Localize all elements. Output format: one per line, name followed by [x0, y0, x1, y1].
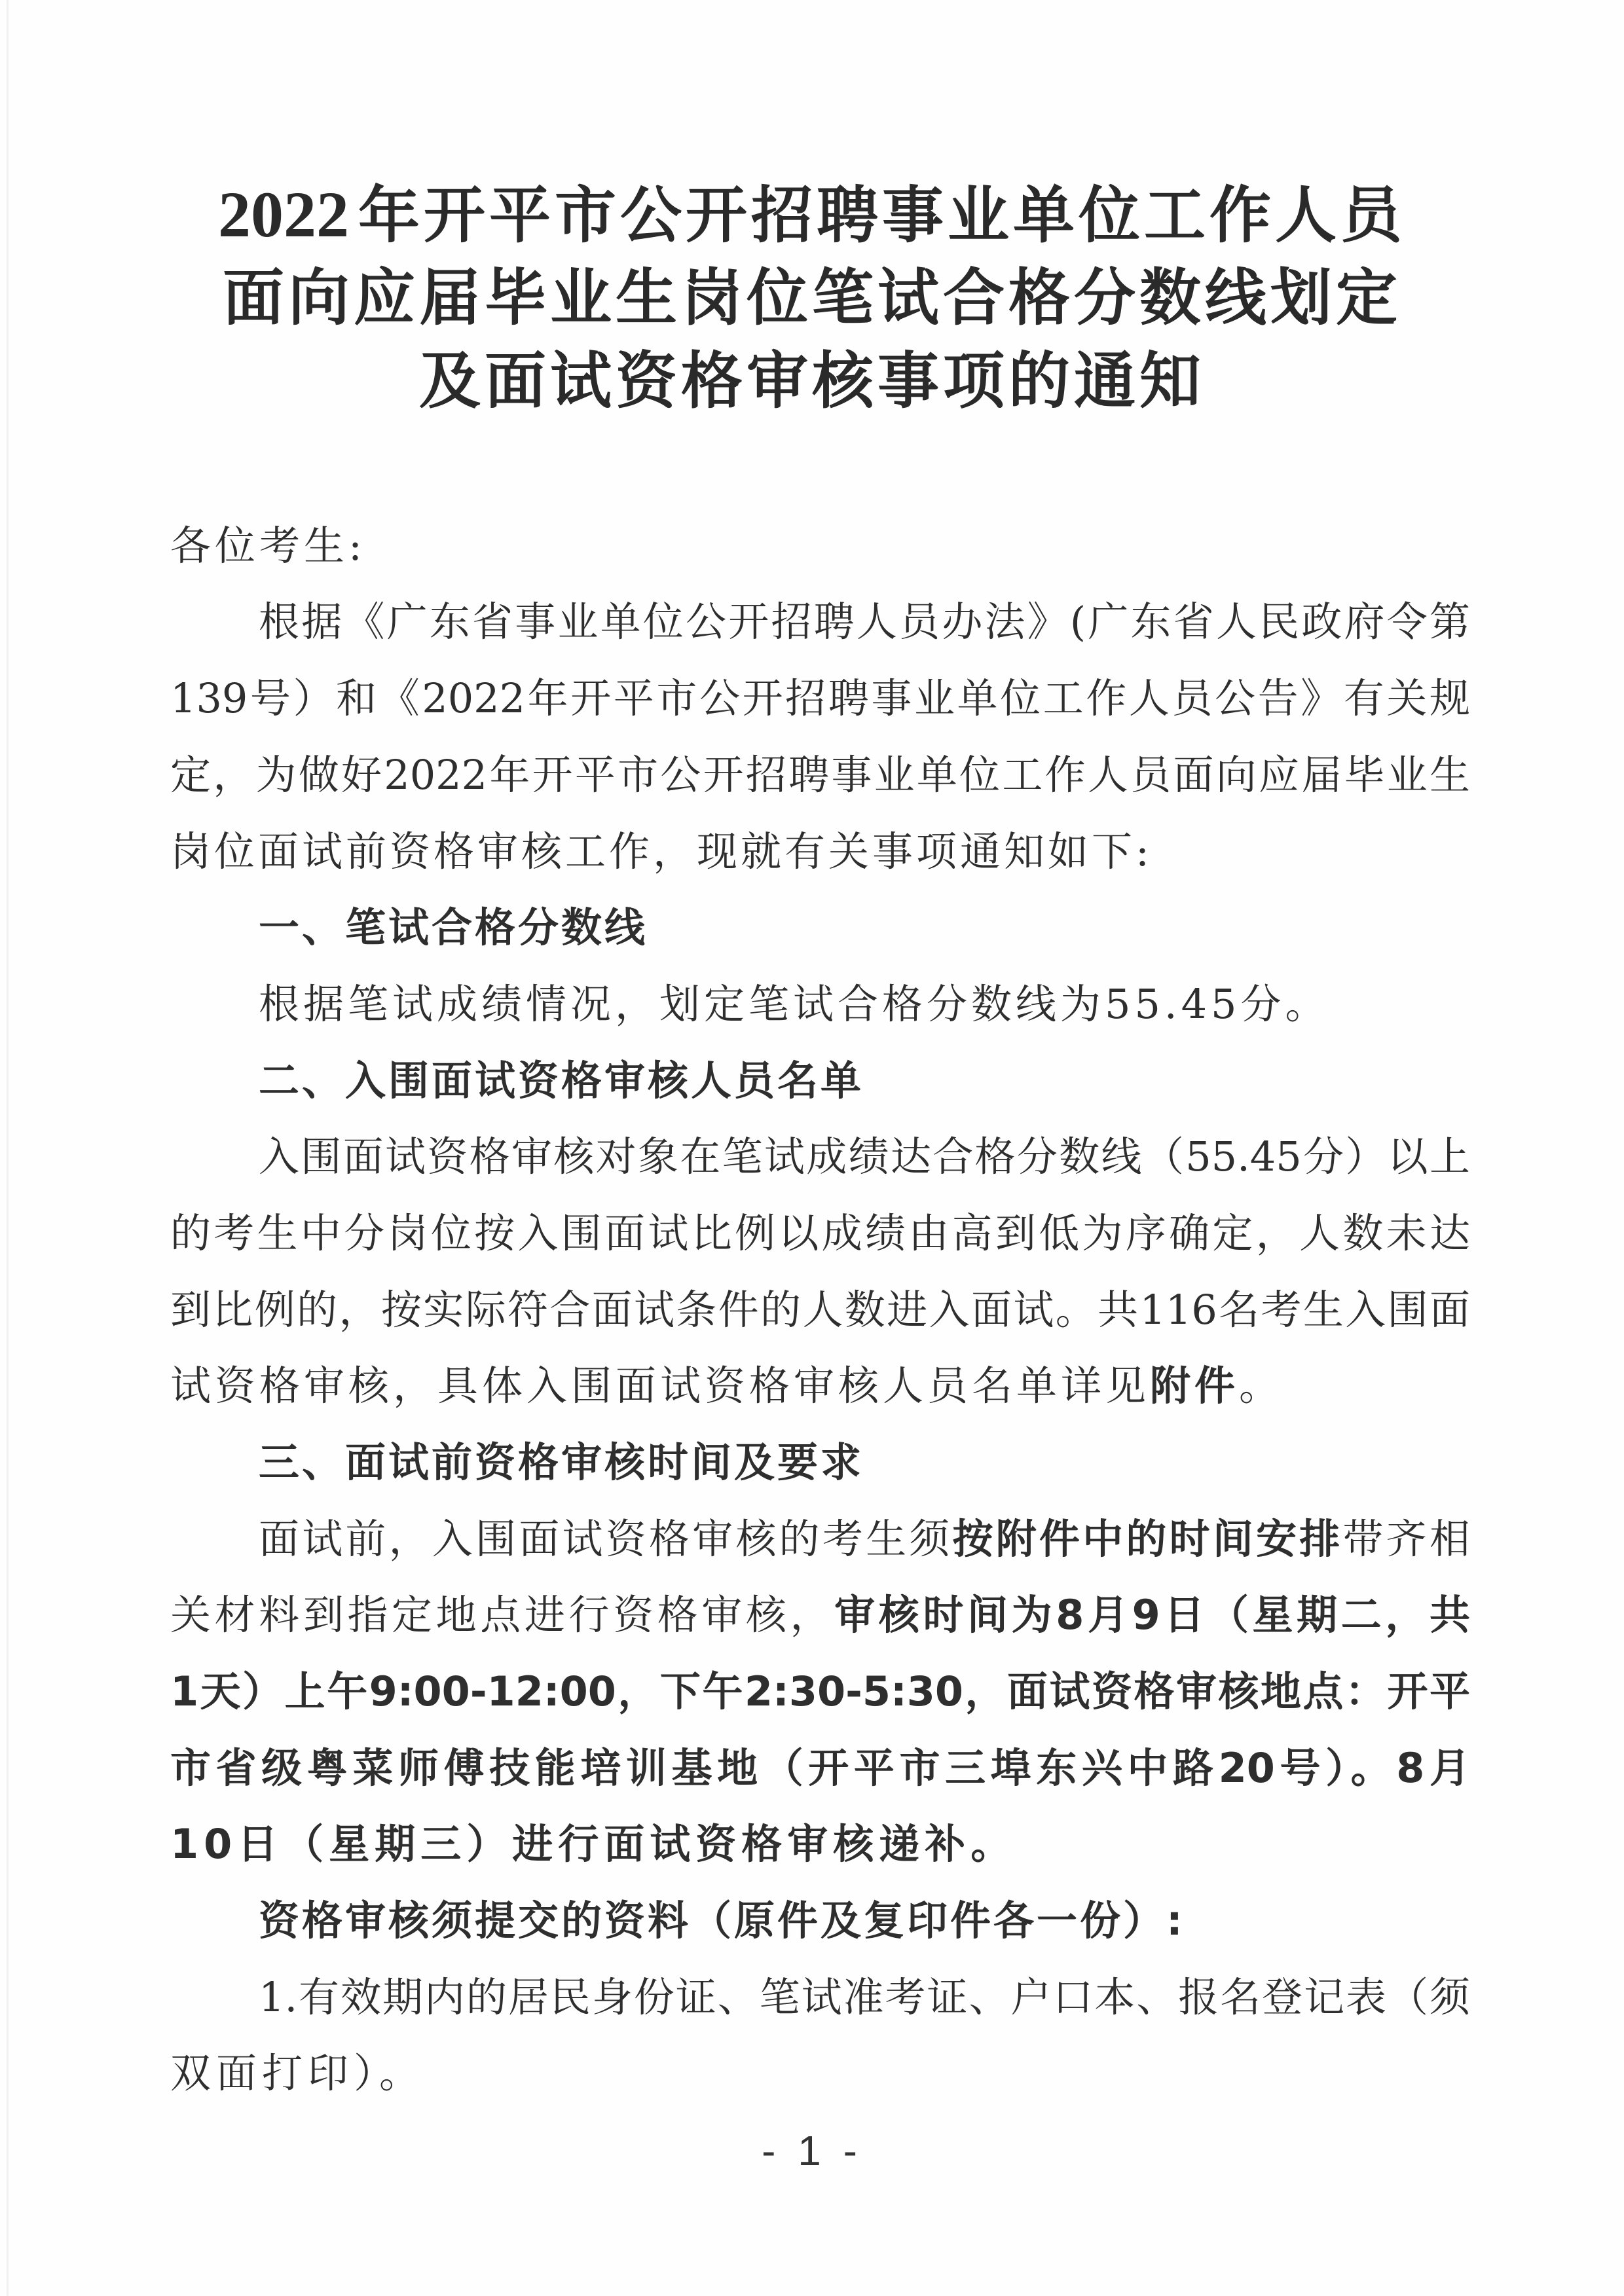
section-2-line-4-text: 试资格审核，具体入围面试资格审核人员名单详见 [170, 1362, 1150, 1410]
period: 。 [1239, 1362, 1283, 1410]
section-3-line-5: 10日（星期三）进行面试资格审核递补。 [170, 1806, 1470, 1882]
section-1-heading: 一、笔试合格分数线 [259, 889, 1470, 966]
title-line-3: 及面试资格审核事项的通知 [0, 339, 1624, 423]
section-3-line-4: 市省级粤菜师傅技能培训基地（开平市三埠东兴中路20号）。8月 [170, 1730, 1470, 1806]
section-3-line-2: 关材料到指定地点进行资格审核，审核时间为8月9日（星期二，共 [170, 1576, 1470, 1653]
section-3-line-1: 面试前，入围面试资格审核的考生须按附件中的时间安排带齐相 [259, 1501, 1470, 1577]
makeup-review-date: 10日（星期三）进行面试资格审核递补。 [170, 1820, 1016, 1868]
materials-item-1-line-1: 1.有效期内的居民身份证、笔试准考证、户口本、报名登记表（须 [259, 1959, 1470, 2035]
section-3-line-2-a: 关材料到指定地点进行资格审核， [170, 1591, 834, 1639]
materials-heading: 资格审核须提交的资料（原件及复印件各一份）: [259, 1882, 1470, 1959]
section-3-line-3: 1天）上午9:00-12:00，下午2:30-5:30，面试资格审核地点：开平 [170, 1653, 1470, 1730]
intro-line-2: 139号）和《2022年开平市公开招聘事业单位工作人员公告》有关规 [170, 660, 1470, 737]
title-text-2: 面向应届毕业生岗位笔试合格分数线划定 [223, 262, 1401, 334]
title-text-1: 年开平市公开招聘事业单位工作人员 [358, 179, 1406, 251]
section-2-line-3: 到比例的，按实际符合面试条件的人数进入面试。共116名考生入围面 [170, 1271, 1470, 1348]
intro-line-4: 岗位面试前资格审核工作，现就有关事项通知如下: [170, 813, 1470, 890]
title-year: 2022 [218, 178, 349, 251]
salutation: 各位考生: [170, 507, 1470, 584]
document-page: 2022年开平市公开招聘事业单位工作人员 面向应届毕业生岗位笔试合格分数线划定 … [0, 0, 1624, 2296]
title-line-2: 面向应届毕业生岗位笔试合格分数线划定 [0, 256, 1624, 340]
section-3-line-1-b: 带齐相 [1343, 1515, 1470, 1563]
section-2-line-4: 试资格审核，具体入围面试资格审核人员名单详见附件。 [170, 1347, 1470, 1424]
intro-line-3: 定，为做好2022年开平市公开招聘事业单位工作人员面向应届毕业生 [170, 737, 1470, 813]
schedule-emphasis: 按附件中的时间安排 [953, 1515, 1343, 1563]
materials-heading-text: 资格审核须提交的资料（原件及复印件各一份）: [259, 1897, 1185, 1944]
title-text-3: 及面试资格审核事项的通知 [419, 345, 1205, 417]
materials-item-1-line-2: 双面打印）。 [170, 2035, 1470, 2111]
section-2-line-1: 入围面试资格审核对象在笔试成绩达合格分数线（55.45分）以上 [259, 1118, 1470, 1195]
review-time-location: 1天）上午9:00-12:00，下午2:30-5:30，面试资格审核地点：开平 [170, 1667, 1470, 1715]
attachment-reference: 附件 [1150, 1362, 1239, 1410]
section-3-line-1-a: 面试前，入围面试资格审核的考生须 [259, 1515, 953, 1563]
title-line-1: 2022年开平市公开招聘事业单位工作人员 [0, 173, 1624, 257]
section-2-line-2: 的考生中分岗位按入围面试比例以成绩由高到低为序确定，人数未达 [170, 1195, 1470, 1271]
section-3-heading: 三、面试前资格审核时间及要求 [259, 1424, 1470, 1501]
review-address: 市省级粤菜师傅技能培训基地（开平市三埠东兴中路20号）。8月 [170, 1744, 1470, 1792]
page-number: - 1 - [0, 2128, 1624, 2174]
review-date: 审核时间为8月9日（星期二，共 [834, 1591, 1470, 1639]
section-2-heading: 二、入围面试资格审核人员名单 [259, 1042, 1470, 1119]
section-1-text: 根据笔试成绩情况，划定笔试合格分数线为55.45分。 [259, 966, 1470, 1042]
intro-line-1: 根据《广东省事业单位公开招聘人员办法》(广东省人民政府令第 [259, 583, 1470, 660]
